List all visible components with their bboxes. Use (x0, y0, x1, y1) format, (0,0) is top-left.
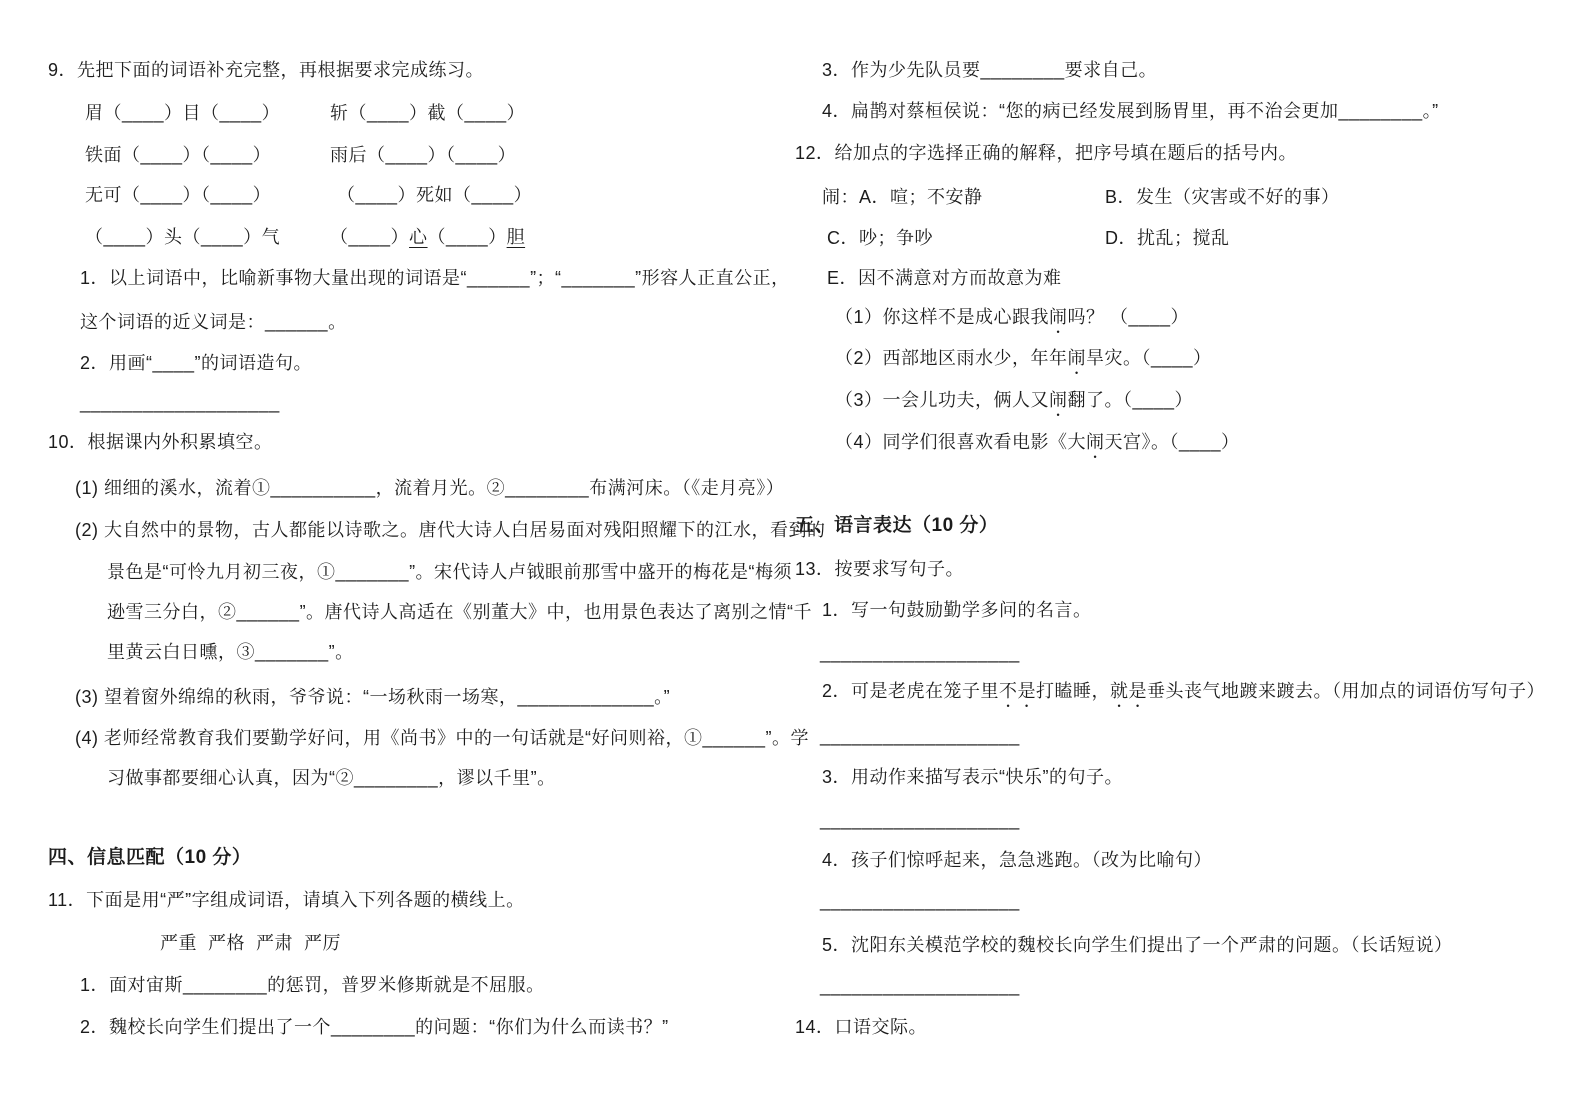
answer-line: ___________________ (820, 973, 1020, 999)
q10-item2-line3: 逊雪三分白，②______”。唐代诗人高适在《别董大》中，也用景色表达了离别之情… (107, 599, 812, 625)
question-12-title: 12．给加点的字选择正确的解释，把序号填在题后的括号内。 (795, 140, 1297, 166)
q9-word-row1-right: 斩（____）截（____） (330, 100, 525, 126)
q12-item2-text: （2）西部地区雨水少，年年 (835, 348, 1068, 368)
q12-item4-dotted-char: 闹 (1086, 432, 1105, 452)
q12-item2-dotted-char: 闹 (1068, 348, 1087, 368)
q11-word-bank: 严重 严格 严肃 严厉 (160, 930, 341, 956)
exam-paper-page: 9．先把下面的词语补充完整，再根据要求完成练习。 眉（____）目（____） … (0, 0, 1583, 1118)
answer-line: ___________________ (80, 390, 280, 416)
question-10-title: 10．根据课内外积累填空。 (48, 429, 273, 455)
q11-item2: 2．魏校长向学生们提出了一个________的问题：“你们为什么而读书？” (80, 1014, 669, 1040)
q9-row4-underlined-dan: 胆 (507, 227, 526, 247)
q9-sub1-line1: 1．以上词语中，比喻新事物大量出现的词语是“______”；“_______”形… (80, 265, 790, 291)
q13-item2: 2．可是老虎在笼子里不是打瞌睡，就是垂头丧气地踱来踱去。（用加点的词语仿写句子） (822, 678, 1545, 711)
q12-item3-text: （3）一会儿功夫，俩人又 (835, 390, 1049, 410)
section-4-heading: 四、信息匹配（10 分） (48, 845, 251, 871)
q12-item1-dotted-char: 闹 (1049, 307, 1068, 327)
q9-word-row4-right: （____）心（____）胆 (330, 224, 525, 250)
section-5-heading: 五、语言表达（10 分） (795, 513, 998, 539)
q12-item3: （3）一会儿功夫，俩人又闹翻了。（____） (835, 387, 1193, 420)
q12-item1: （1）你这样不是成心跟我闹吗？ （____） (835, 304, 1189, 337)
answer-line: ___________________ (820, 807, 1020, 833)
q9-word-row2-left: 铁面（____）（____） (85, 142, 271, 168)
q9-sub1-line2: 这个词语的近义词是：______。 (80, 309, 347, 335)
answer-line: ___________________ (820, 640, 1020, 666)
q13-item2-text2: 打瞌睡， (1036, 681, 1110, 701)
q12-option-a: 闹：A．喧；不安静 (822, 184, 983, 210)
q11-item3: 3．作为少先队员要________要求自己。 (822, 57, 1157, 83)
q10-item3: (3) 望着窗外绵绵的秋雨，爷爷说：“一场秋雨一场寒，_____________… (75, 684, 670, 710)
q12-item3-dotted-char: 闹 (1049, 390, 1068, 410)
q10-item1: (1) 细细的溪水，流着①__________，流着月光。②________布满… (75, 475, 784, 501)
q12-item2: （2）西部地区雨水少，年年闹旱灾。（____） (835, 345, 1212, 378)
answer-line: ___________________ (820, 723, 1020, 749)
q10-item2-line1: (2) 大自然中的景物，古人都能以诗歌之。唐代大诗人白居易面对残阳照耀下的江水，… (75, 517, 826, 543)
q9-row4-underlined-xin: 心 (409, 227, 428, 247)
q10-item2-line4: 里黄云白日曛，③_______”。 (107, 639, 354, 665)
q10-item2-line2: 景色是“可怜九月初三夜，①_______”。宋代诗人卢钺眼前那雪中盛开的梅花是“… (107, 559, 792, 585)
q9-word-row4-left: （____）头（____）气 (85, 224, 280, 250)
q11-item1: 1．面对宙斯________的惩罚，普罗米修斯就是不屈服。 (80, 972, 545, 998)
q9-word-row1-left: 眉（____）目（____） (85, 100, 280, 126)
q13-item2-text3: 垂头丧气地踱来踱去。（用加点的词语仿写句子） (1147, 681, 1545, 701)
q12-item1-answer-paren: 吗？ （____） (1068, 307, 1190, 327)
question-9-title: 9．先把下面的词语补充完整，再根据要求完成练习。 (48, 57, 484, 83)
q12-option-c: C．吵；争吵 (827, 225, 933, 251)
q9-row4-blank1: （____） (330, 227, 409, 247)
q12-item4: （4）同学们很喜欢看电影《大闹天宫》。（____） (835, 429, 1240, 462)
q12-item4-text: （4）同学们很喜欢看电影《大 (835, 432, 1086, 452)
q12-option-d: D．扰乱；搅乱 (1105, 225, 1230, 251)
q9-word-row2-right: 雨后（____）（____） (330, 142, 516, 168)
q13-item2-dotted-word1: 不是 (999, 681, 1036, 701)
q13-item1: 1．写一句鼓励勤学多问的名言。 (822, 597, 1092, 623)
q13-item4: 4．孩子们惊呼起来，急急逃跑。（改为比喻句） (822, 847, 1212, 873)
q13-item3: 3．用动作来描写表示“快乐”的句子。 (822, 764, 1123, 790)
q13-item2-dotted-word2: 就是 (1110, 681, 1147, 701)
q9-word-row3-left: 无可（____）（____） (85, 182, 271, 208)
q13-item5: 5．沈阳东关模范学校的魏校长向学生们提出了一个严肃的问题。（长话短说） (822, 932, 1453, 958)
q12-item4-answer-paren: 天宫》。（____） (1105, 432, 1240, 452)
q12-item3-answer-paren: 翻了。（____） (1068, 390, 1194, 410)
q10-item4-line2: 习做事都要细心认真，因为“②________，谬以千里”。 (107, 765, 556, 791)
q13-item2-text1: 2．可是老虎在笼子里 (822, 681, 999, 701)
q12-option-b: B．发生（灾害或不好的事） (1105, 184, 1340, 210)
q9-sub2: 2．用画“____”的词语造句。 (80, 350, 312, 376)
q10-item4-line1: (4) 老师经常教育我们要勤学好问，用《尚书》中的一句话就是“好问则裕，①___… (75, 725, 809, 751)
question-11-title: 11．下面是用“严”字组成词语，请填入下列各题的横线上。 (48, 887, 525, 913)
q9-row4-blank2: （____） (428, 227, 507, 247)
q12-item1-text: （1）你这样不是成心跟我 (835, 307, 1049, 327)
q9-word-row3-right: （____）死如（____） (337, 182, 532, 208)
answer-line: ___________________ (820, 888, 1020, 914)
question-14-title: 14．口语交际。 (795, 1014, 927, 1040)
q12-item2-answer-paren: 旱灾。（____） (1086, 348, 1212, 368)
q12-option-e: E．因不满意对方而故意为难 (827, 265, 1062, 291)
q11-item4: 4．扁鹊对蔡桓侯说：“您的病已经发展到肠胃里，再不治会更加________。” (822, 98, 1439, 124)
question-13-title: 13．按要求写句子。 (795, 556, 964, 582)
